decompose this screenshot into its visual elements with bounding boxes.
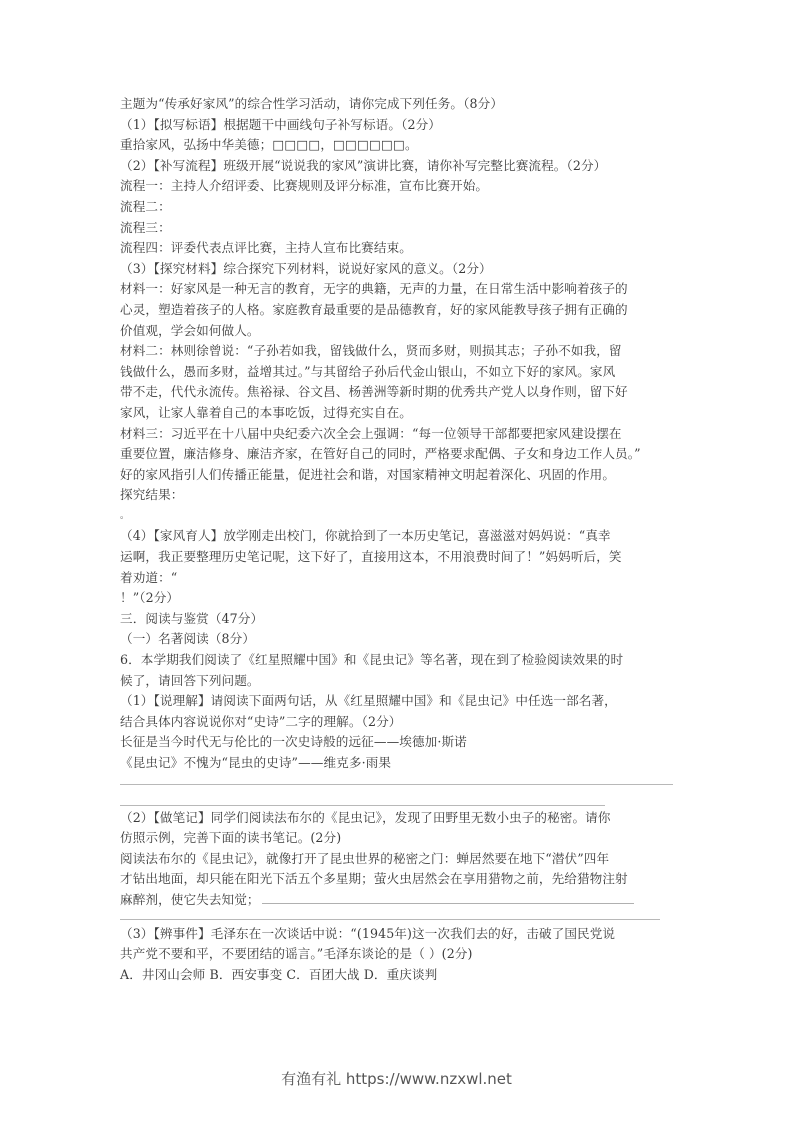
task-intro: 主题为“传承好家风”的综合性学习活动，请你完成下列任务。（8分）: [120, 94, 676, 115]
q6-2-line: 仿照示例，完善下面的读书笔记。(2分): [120, 828, 676, 849]
q6-2-line: 麻醉剂，使它失去知觉；: [120, 892, 260, 907]
section-title: 三．阅读与鉴赏（47分）: [120, 609, 676, 630]
q2-step-2: 流程二：: [120, 197, 676, 218]
material2-line: 家风，让家人靠着自己的本事吃饭，过得充实自在。: [120, 403, 676, 424]
q6-1-line: （1）【说理解】请阅读下面两句话，从《红星照耀中国》和《昆虫记》中任选一部名著，: [120, 691, 676, 712]
answer-line[interactable]: [120, 805, 605, 806]
q6-2-line: （2）【做笔记】同学们阅读法布尔的《昆虫记》，发现了田野里无数小虫子的秘密。请你: [120, 808, 676, 829]
subsection-title: （一）名著阅读（8分）: [120, 629, 676, 650]
q6-2-line: 阅读法布尔的《昆虫记》，就像打开了昆虫世界的秘密之门：蝉居然要在地下“潜伏”四年: [120, 849, 676, 870]
q6-3-options: A．井冈山会师 B．西安事变 C．百团大战 D．重庆谈判: [120, 965, 676, 986]
material2-line: 带不走，代代永流传。焦裕禄、谷文昌、杨善洲等新时期的优秀共产党人以身作则，留下好: [120, 382, 676, 403]
q3-prompt: （3）【探究材料】综合探究下列材料，说说好家风的意义。（2分）: [120, 259, 676, 280]
material3-line: 重要位置，廉洁修身、廉洁齐家，在管好自己的同时，严格要求配偶、子女和身边工作人员…: [120, 444, 676, 465]
q3-result-label: 探究结果：: [120, 485, 676, 506]
material1-line: 价值观，学会如何做人。: [120, 321, 676, 342]
answer-line[interactable]: [120, 919, 660, 920]
q4-line: 着劝道：“: [120, 568, 676, 589]
material1-line: 心灵，塑造着孩子的人格。家庭教育最重要的是品德教育，好的家风能教导孩子拥有正确的: [120, 300, 676, 321]
material1-line: 材料一：好家风是一种无言的教育，无字的典籍，无声的力量，在日常生活中影响着孩子的: [120, 279, 676, 300]
q6-3-line: （3）【辨事件】毛泽东在一次谈话中说：“(1945年)这一次我们去的好，击破了国…: [120, 924, 676, 945]
q6-2-line: 才钻出地面，却只能在阳光下活五个多星期；萤火虫居然会在享用猎物之前，先给猎物注射: [120, 869, 676, 890]
material3-line: 材料三：习近平在十八届中央纪委六次全会上强调：“每一位领导干部都要把家风建设摆在: [120, 424, 676, 445]
q4-line: （4）【家风育人】放学刚走出校门，你就拾到了一本历史笔记，喜滋滋对妈妈说：“真幸: [120, 526, 676, 547]
q1-slogan: 重拾家风，弘扬中华美德；□□□□，□□□□□□。: [120, 135, 676, 156]
q6-2-fill-row: 麻醉剂，使它失去知觉；: [120, 890, 676, 911]
watermark-footer: 有渔有礼 https://www.nzxwl.net: [0, 1068, 793, 1089]
document-page: 主题为“传承好家风”的综合性学习活动，请你完成下列任务。（8分） （1）【拟写标…: [120, 94, 676, 985]
q6-3-line: 共产党不要和平，不要团结的谣言。”毛泽东谈论的是（ ）(2分): [120, 944, 676, 965]
material3-line: 好的家风指引人们传播正能量，促进社会和谐，对国家精神文明起着深化、巩固的作用。: [120, 465, 676, 486]
q6-line: 候了，请回答下列问题。: [120, 671, 676, 692]
q4-line: 运啊，我正要整理历史笔记呢，这下好了，直接用这本，不用浪费时间了！”妈妈听后，笑: [120, 547, 676, 568]
q2-prompt: （2）【补写流程】班级开展“说说我的家风”演讲比赛，请你补写完整比赛流程。（2分…: [120, 156, 676, 177]
q6-1-line: 结合具体内容说说你对“史诗”二字的理解。（2分）: [120, 712, 676, 733]
q2-step-4: 流程四：评委代表点评比赛，主持人宣布比赛结束。: [120, 238, 676, 259]
q2-step-3: 流程三：: [120, 218, 676, 239]
material2-line: 钱做什么，愚而多财，益增其过。”与其留给子孙后代金山银山，不如立下好的家风。家风: [120, 362, 676, 383]
fill-in-blank[interactable]: [262, 890, 634, 904]
q6-line: 6．本学期我们阅读了《红星照耀中国》和《昆虫记》等名著，现在到了检验阅读效果的时: [120, 650, 676, 671]
q4-line: ！”（2分）: [120, 588, 676, 609]
q2-step-1: 流程一：主持人介绍评委、比赛规则及评分标准，宣布比赛开始。: [120, 176, 676, 197]
q6-1-quote: 《昆虫记》不愧为“昆虫的史诗”——维克多·雨果: [120, 753, 676, 774]
answer-line[interactable]: [120, 784, 673, 785]
q6-1-quote: 长征是当今时代无与伦比的一次史诗般的远征——埃德加·斯诺: [120, 732, 676, 753]
q1-prompt: （1）【拟写标语】根据题干中画线句子补写标语。（2分）: [120, 115, 676, 136]
material2-line: 材料二：林则徐曾说：“子孙若如我，留钱做什么，贤而多财，则损其志；子孙不如我，留: [120, 341, 676, 362]
q3-result-end: 。: [120, 506, 676, 527]
